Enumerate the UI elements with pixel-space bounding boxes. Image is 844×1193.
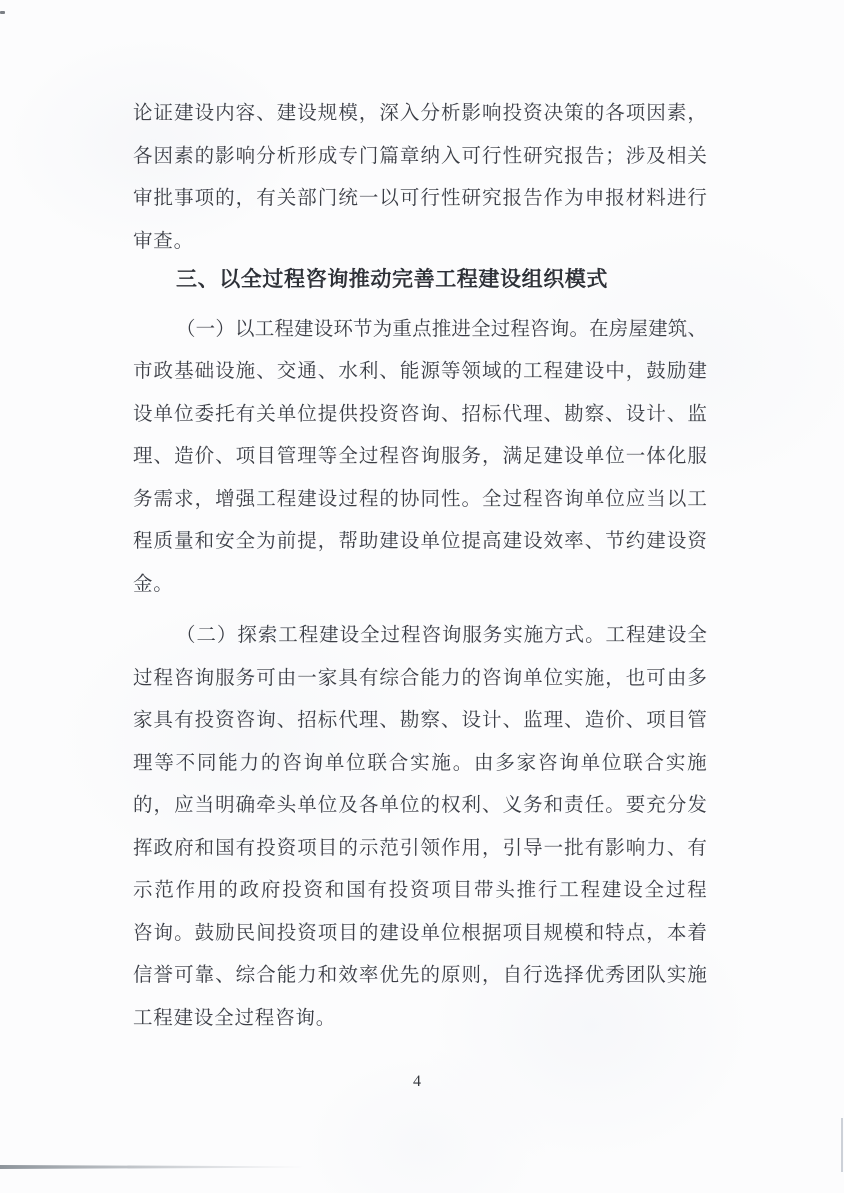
scan-shadow-artifact bbox=[0, 1165, 318, 1169]
text-line: 市政基础设施、交通、水利、能源等领域的工程建设中，鼓励建 bbox=[133, 351, 707, 394]
text-line: 示范作用的政府投资和国有投资项目带头推行工程建设全过程 bbox=[133, 870, 707, 913]
text-line: 三、以全过程咨询推动完善工程建设组织模式 bbox=[133, 259, 707, 302]
scan-edge-artifact bbox=[841, 1118, 843, 1172]
text-line: 工程建设全过程咨询。 bbox=[133, 998, 707, 1041]
text-line: （二）探索工程建设全过程咨询服务实施方式。工程建设全 bbox=[133, 615, 707, 658]
text-line: 的，应当明确牵头单位及各单位的权利、义务和责任。要充分发 bbox=[133, 785, 707, 828]
text-line: 信誉可靠、综合能力和效率优先的原则，自行选择优秀团队实施 bbox=[133, 955, 707, 998]
text-line: 程质量和安全为前提，帮助建设单位提高建设效率、节约建设资 bbox=[133, 521, 707, 564]
text-line: 理等不同能力的咨询单位联合实施。由多家咨询单位联合实施 bbox=[133, 743, 707, 786]
text-line: 金。 bbox=[133, 564, 707, 607]
text-line: 家具有投资咨询、招标代理、勘察、设计、监理、造价、项目管 bbox=[133, 700, 707, 743]
section-heading: 三、以全过程咨询推动完善工程建设组织模式 bbox=[133, 259, 707, 302]
text-line: 理、造价、项目管理等全过程咨询服务，满足建设单位一体化服 bbox=[133, 436, 707, 479]
document-body: 论证建设内容、建设规模，深入分析影响投资决策的各项因素，各因素的影响分析形成专门… bbox=[133, 93, 707, 1040]
text-line: 各因素的影响分析形成专门篇章纳入可行性研究报告；涉及相关 bbox=[133, 136, 707, 179]
text-line: 论证建设内容、建设规模，深入分析影响投资决策的各项因素， bbox=[133, 93, 707, 136]
text-line: 过程咨询服务可由一家具有综合能力的咨询单位实施，也可由多 bbox=[133, 658, 707, 701]
text-line: 务需求，增强工程建设过程的协同性。全过程咨询单位应当以工 bbox=[133, 479, 707, 522]
text-line: （一）以工程建设环节为重点推进全过程咨询。在房屋建筑、 bbox=[133, 309, 707, 352]
text-line: 设单位委托有关单位提供投资咨询、招标代理、勘察、设计、监 bbox=[133, 394, 707, 437]
text-line: 挥政府和国有投资项目的示范引领作用，引导一批有影响力、有 bbox=[133, 828, 707, 871]
page-number: 4 bbox=[405, 1073, 429, 1091]
paragraph: 论证建设内容、建设规模，深入分析影响投资决策的各项因素，各因素的影响分析形成专门… bbox=[133, 93, 707, 263]
paragraph: （二）探索工程建设全过程咨询服务实施方式。工程建设全过程咨询服务可由一家具有综合… bbox=[133, 615, 707, 1040]
scanned-document-page: { "document": { "paragraphs": [ { "style… bbox=[0, 0, 844, 1193]
paragraph: （一）以工程建设环节为重点推进全过程咨询。在房屋建筑、市政基础设施、交通、水利、… bbox=[133, 309, 707, 607]
text-line: 咨询。鼓励民间投资项目的建设单位根据项目规模和特点，本着 bbox=[133, 913, 707, 956]
text-line: 审批事项的，有关部门统一以可行性研究报告作为申报材料进行 bbox=[133, 178, 707, 221]
scan-speck-artifact bbox=[0, 11, 5, 14]
text-line: 审查。 bbox=[133, 221, 707, 264]
